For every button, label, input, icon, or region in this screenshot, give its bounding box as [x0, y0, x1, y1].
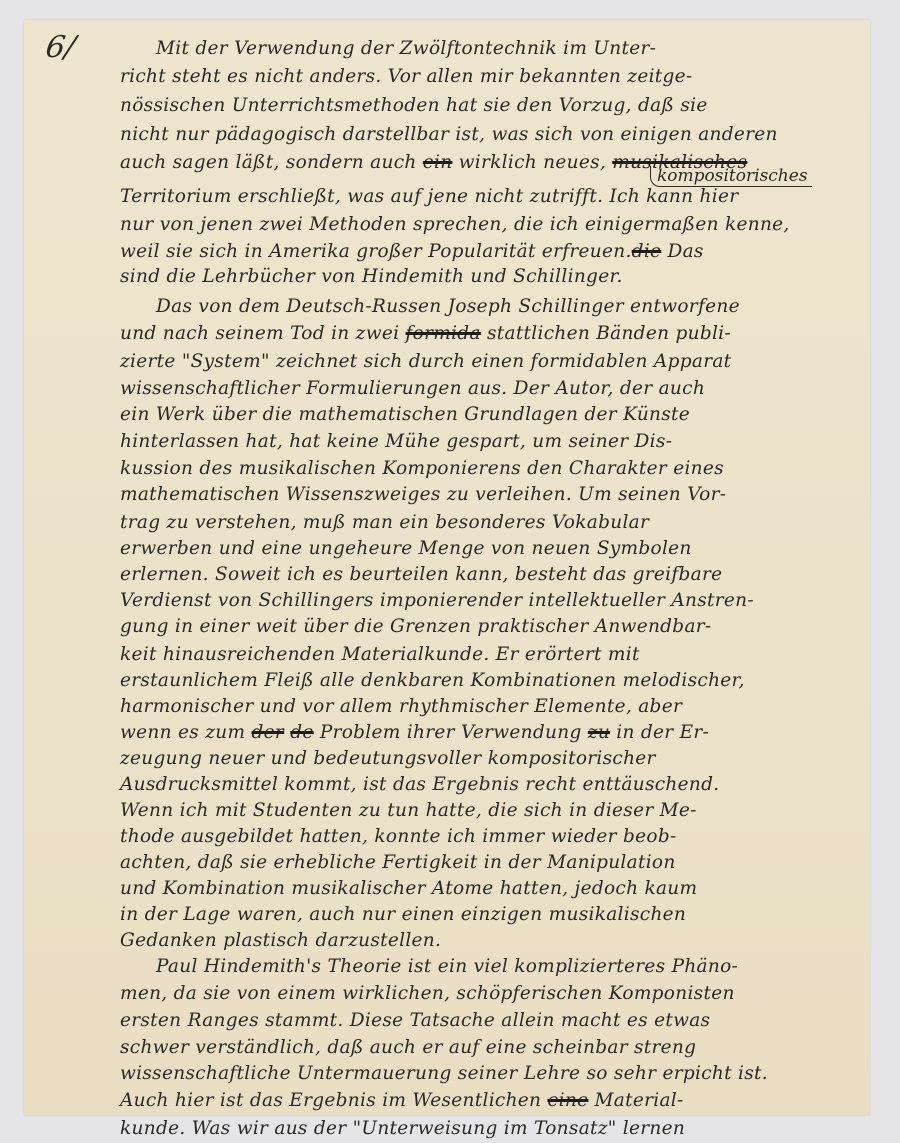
- text-line: nur von jenen zwei Methoden sprechen, di…: [120, 214, 790, 235]
- text-line: in der Lage waren, auch nur einen einzig…: [120, 904, 686, 925]
- text-line: ein Werk über die mathematischen Grundla…: [120, 404, 690, 425]
- text-segment: Das: [661, 241, 703, 262]
- struck-text: musikalisches: [612, 152, 747, 173]
- text-line: Wenn ich mit Studenten zu tun hatte, die…: [120, 800, 697, 821]
- text-line: erstaunlichem Fleiß alle denkbaren Kombi…: [120, 670, 745, 691]
- text-line: zeugung neuer und bedeutungsvoller kompo…: [120, 748, 656, 769]
- text-line: thode ausgebildet hatten, konnte ich imm…: [120, 826, 677, 847]
- text-line: Verdienst von Schillingers imponierender…: [120, 590, 754, 611]
- text-line: zierte "System" zeichnet sich durch eine…: [120, 351, 731, 372]
- text-line: wissenschaftlicher Formulierungen aus. D…: [120, 378, 705, 399]
- text-line: Auch hier ist das Ergebnis im Wesentlich…: [120, 1090, 684, 1111]
- struck-text: formida: [406, 323, 481, 344]
- text-segment: in der Er-: [610, 722, 709, 743]
- text-line: sind die Lehrbücher von Hindemith und Sc…: [120, 266, 623, 287]
- text-line: wissenschaftliche Untermauerung seiner L…: [120, 1063, 768, 1084]
- text-line: Gedanken plastisch darzustellen.: [120, 930, 441, 951]
- text-line: erlernen. Soweit ich es beurteilen kann,…: [120, 564, 722, 585]
- text-line: nössischen Unterrichtsmethoden hat sie d…: [120, 95, 708, 116]
- text-segment: und nach seinem Tod in zwei: [120, 323, 406, 344]
- struck-text: eine: [547, 1090, 588, 1111]
- text-line: ersten Ranges stammt. Diese Tatsache all…: [120, 1010, 710, 1031]
- text-segment: wirklich neues,: [452, 152, 606, 173]
- struck-text: ein: [423, 152, 453, 173]
- text-line: Paul Hindemith's Theorie ist ein viel ko…: [156, 956, 738, 977]
- text-line: und Kombination musikalischer Atome hatt…: [120, 878, 697, 899]
- text-line: hinterlassen hat, hat keine Mühe gespart…: [120, 431, 672, 452]
- text-line: trag zu verstehen, muß man ein besondere…: [120, 512, 649, 533]
- text-line: kunde. Was wir aus der "Unterweisung im …: [120, 1118, 685, 1139]
- struck-text: die: [632, 241, 662, 262]
- text-line: erwerben und eine ungeheure Menge von ne…: [120, 538, 692, 559]
- text-line: Das von dem Deutsch-Russen Joseph Schill…: [156, 296, 740, 317]
- text-segment: Material-: [588, 1090, 683, 1111]
- text-line: keit hinausreichenden Materialkunde. Er …: [120, 644, 640, 665]
- manuscript-page: 6/ kompositorisches Mit der Verwendung d…: [24, 20, 870, 1115]
- text-line: Territorium erschließt, was auf jene nic…: [120, 186, 738, 207]
- text-line: mathematischen Wissenszweiges zu verleih…: [120, 484, 726, 505]
- text-segment: stattlichen Bänden publi-: [481, 323, 731, 344]
- text-line: auch sagen läßt, sondern auch ein wirkli…: [120, 152, 747, 173]
- page-number: 6/: [44, 30, 78, 65]
- text-line: wenn es zum der de Problem ihrer Verwend…: [120, 722, 709, 743]
- struck-text: de: [290, 722, 313, 743]
- text-line: nicht nur pädagogisch darstellbar ist, w…: [120, 124, 778, 145]
- struck-text: zu: [588, 722, 610, 743]
- text-line: und nach seinem Tod in zwei formida stat…: [120, 323, 731, 344]
- text-line: kussion des musikalischen Komponierens d…: [120, 458, 724, 479]
- text-segment: wenn es zum: [120, 722, 252, 743]
- text-line: gung in einer weit über die Grenzen prak…: [120, 616, 711, 637]
- text-line: Ausdrucksmittel kommt, ist das Ergebnis …: [120, 774, 719, 795]
- text-line: richt steht es nicht anders. Vor allen m…: [120, 66, 692, 87]
- text-line: harmonischer und vor allem rhythmischer …: [120, 696, 682, 717]
- struck-text: der: [252, 722, 285, 743]
- text-segment: Problem ihrer Verwendung: [314, 722, 588, 743]
- text-line: achten, daß sie erhebliche Fertigkeit in…: [120, 852, 676, 873]
- text-segment: auch sagen läßt, sondern auch: [120, 152, 423, 173]
- text-segment: Auch hier ist das Ergebnis im Wesentlich…: [120, 1090, 547, 1111]
- text-line: weil sie sich in Amerika großer Populari…: [120, 241, 704, 262]
- text-line: Mit der Verwendung der Zwölftontechnik i…: [156, 38, 656, 59]
- text-line: schwer verständlich, daß auch er auf ein…: [120, 1037, 696, 1058]
- text-segment: weil sie sich in Amerika großer Populari…: [120, 241, 632, 262]
- text-line: men, da sie von einem wirklichen, schöpf…: [120, 983, 735, 1004]
